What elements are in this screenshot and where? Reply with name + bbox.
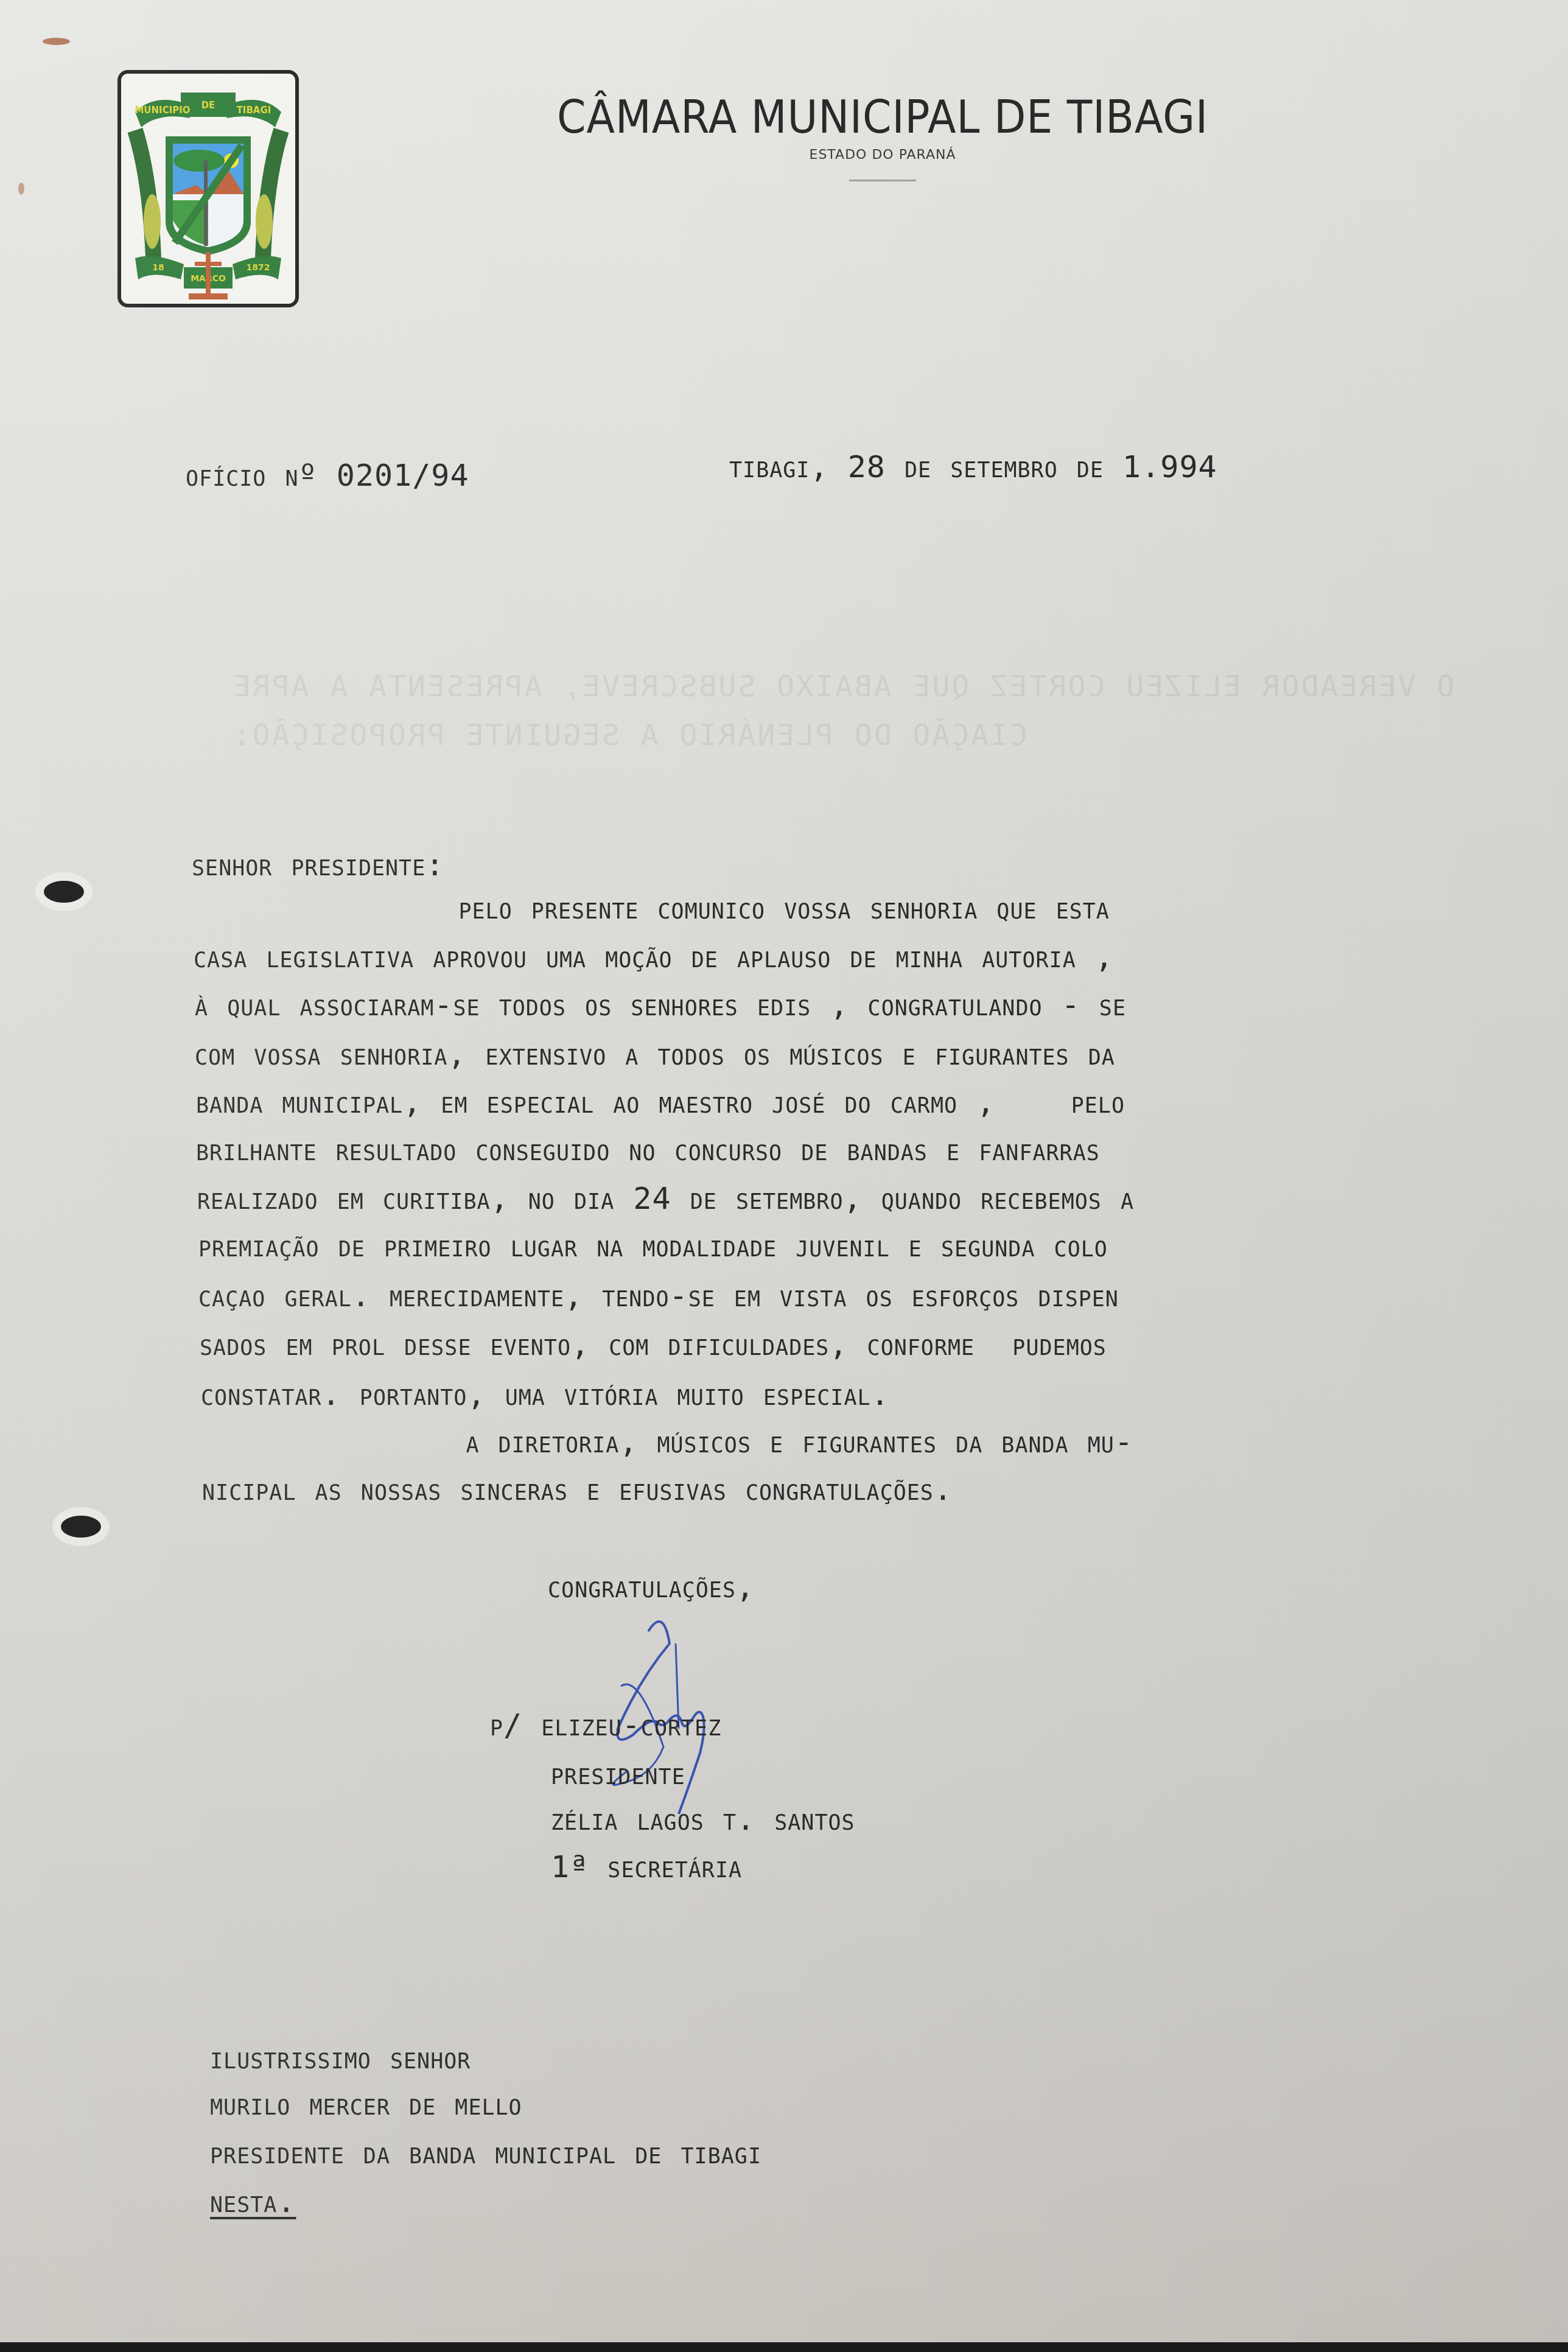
svg-text:MUNICIPIO: MUNICIPIO (135, 105, 190, 116)
state-name: ESTADO DO PARANÁ (511, 147, 1254, 163)
body-line: premiação de primeiro lugar na modalidad… (198, 1228, 1108, 1264)
svg-text:18: 18 (152, 263, 164, 273)
signatory-title: Presidente (551, 1756, 685, 1791)
secretary-name: Zélia Lagos T. Santos (551, 1802, 855, 1837)
municipal-crest-logo: MUNICIPIO DE TIBAGI 18 MARCO 1872 (117, 69, 299, 308)
body-line: à qual associaram-se todos os Senhores E… (195, 987, 1126, 1023)
letterhead: CÂMARA MUNICIPAL DE TIBAGI ESTADO DO PAR… (511, 91, 1254, 181)
rust-stain (18, 183, 24, 195)
bleed-through-text: O VEREADOR ELIZEU CORTEZ QUE ABAIXO SUBS… (231, 670, 1455, 704)
bleed-through-text: CIAÇÃO DO PLENÁRIO A SEGUINTE PROPOSIÇÃO… (231, 718, 1027, 752)
addressee-title: Presidente da Banda Municipal de Tibagi (210, 2135, 761, 2171)
body-line: Casa Legislativa aprovou uma MOÇÃO DE AP… (194, 939, 1114, 975)
body-line: sados em prol desse evento, com dificuld… (200, 1327, 1107, 1362)
salutation: Senhor Presidente: (192, 847, 444, 883)
body-line: caçao geral. merecidamente, tendo-se em … (198, 1278, 1119, 1314)
oficio-reference: Ofício nº 0201/94 (186, 458, 469, 493)
secretary-title: 1ª Secretária (551, 1849, 742, 1885)
body-line: realizado em Curitiba, no dia 24 de Sete… (197, 1181, 1134, 1216)
svg-text:DE: DE (201, 100, 215, 111)
body-line: nicipal as nossas sinceras e efusivas co… (202, 1472, 953, 1507)
body-line: com Vossa Senhoria, extensivo a todos os… (195, 1037, 1115, 1072)
addressee-name: MURILO MERCER DE MELLO (210, 2087, 522, 2122)
body-line: A Diretoria, Músicos e Figurantes da Ban… (201, 1424, 1133, 1460)
letterhead-rule (849, 180, 916, 181)
punch-hole (61, 1516, 101, 1538)
addressee-location: Nesta. (210, 2184, 296, 2219)
body-line: Banda Municipal, em especial ao Maestro … (196, 1085, 1125, 1120)
letter-page: O VEREADOR ELIZEU CORTEZ QUE ABAIXO SUBS… (0, 0, 1568, 2342)
institution-name: CÂMARA MUNICIPAL DE TIBAGI (541, 91, 1224, 144)
body-line: brilhante resultado conseguido no Concur… (196, 1132, 1100, 1167)
place-date: Tibagi, 28 de Setembro de 1.994 (729, 449, 1217, 485)
punch-hole (44, 881, 84, 903)
closing: Congratulações, (548, 1569, 755, 1605)
body-line: Pelo presente comunico Vossa Senhoria qu… (194, 891, 1110, 926)
svg-text:1872: 1872 (247, 263, 270, 273)
signatory-name: P/ ELIZEU-CORTEZ (490, 1707, 721, 1743)
svg-text:TIBAGI: TIBAGI (237, 105, 271, 116)
body-line: constatar. Portanto, uma vitória muito e… (201, 1377, 890, 1412)
addressee-greeting: Ilustrissimo Senhor (210, 2040, 471, 2076)
rust-stain (43, 38, 70, 45)
